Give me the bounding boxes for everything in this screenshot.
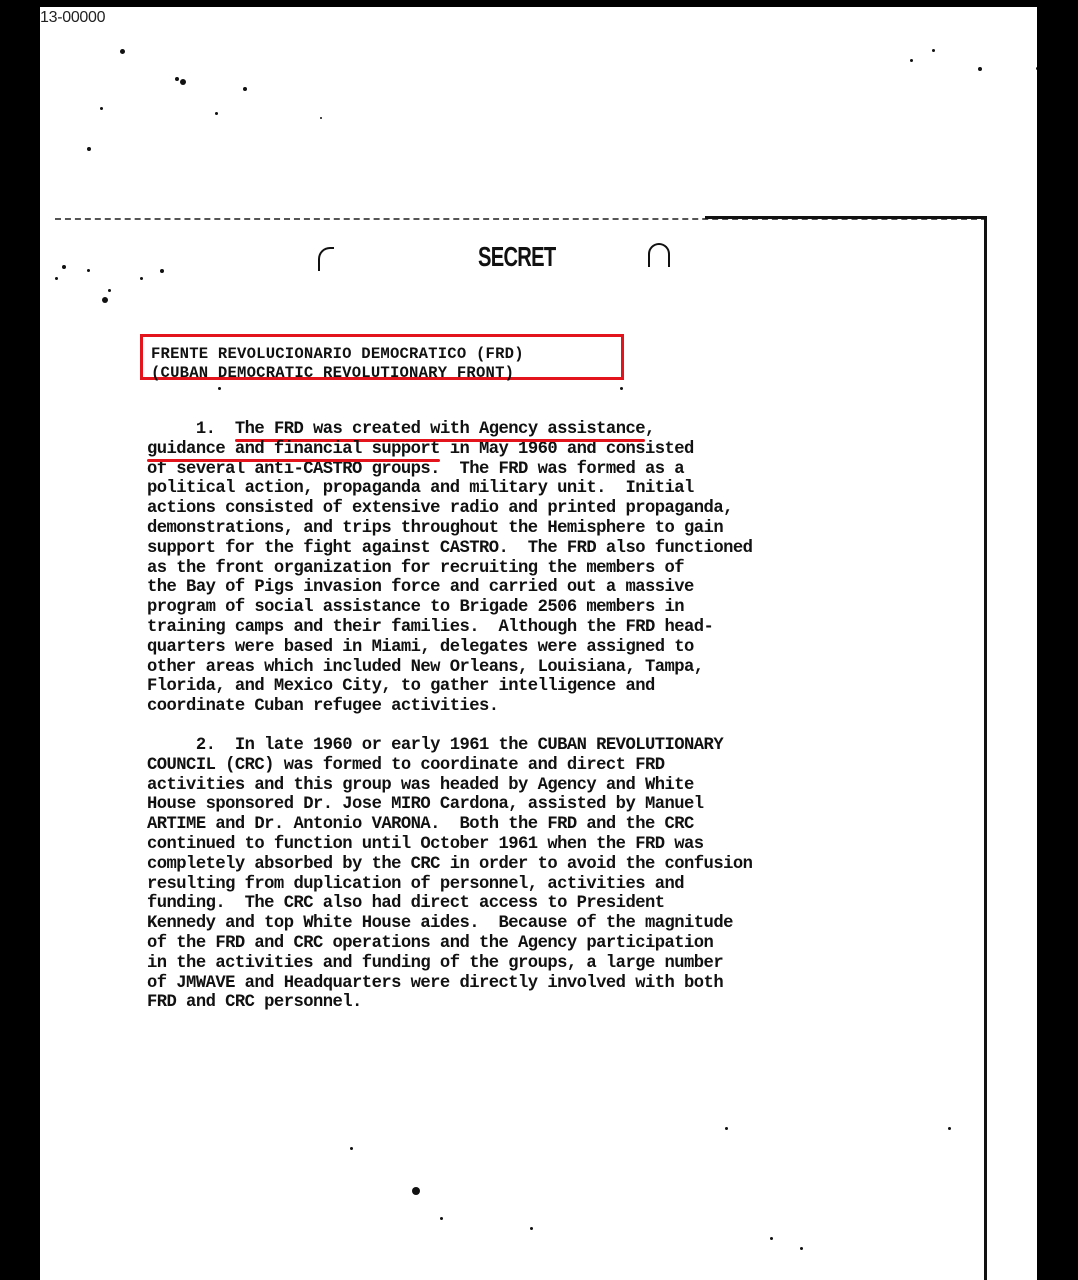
punch-hole-left-icon xyxy=(318,247,334,271)
document-id-label: 13-00000 xyxy=(40,9,105,27)
text-line: guidance and financial support in May 19… xyxy=(147,440,752,460)
text-line: political action, propaganda and militar… xyxy=(147,479,752,499)
text-line: other areas which included New Orleans, … xyxy=(147,658,752,678)
text-line: training camps and their families. Altho… xyxy=(147,618,752,638)
text-line: funding. The CRC also had direct access … xyxy=(147,894,752,914)
text-line: quarters were based in Miami, delegates … xyxy=(147,638,752,658)
title-line-1: FRENTE REVOLUCIONARIO DEMOCRATICO (FRD) xyxy=(151,345,621,364)
text-line: demonstrations, and trips throughout the… xyxy=(147,519,752,539)
text-line: House sponsored Dr. Jose MIRO Cardona, a… xyxy=(147,795,752,815)
title-highlight-box: FRENTE REVOLUCIONARIO DEMOCRATICO (FRD) … xyxy=(140,334,624,380)
text-line: as the front organization for recruiting… xyxy=(147,559,752,579)
punch-hole-right-icon xyxy=(648,243,670,267)
text-line: continued to function until October 1961… xyxy=(147,835,752,855)
text-line: coordinate Cuban refugee activities. xyxy=(147,697,752,717)
paragraph-1: 1. The FRD was created with Agency assis… xyxy=(147,420,752,717)
underlined-phrase: The FRD was created with Agency assistan… xyxy=(235,420,645,439)
text-line: ARTIME and Dr. Antonio VARONA. Both the … xyxy=(147,815,752,835)
text-line: COUNCIL (CRC) was formed to coordinate a… xyxy=(147,756,752,776)
text-line: support for the fight against CASTRO. Th… xyxy=(147,539,752,559)
document-page: 13-00000 SECRET FRENTE REVOLUCIONARIO DE… xyxy=(40,7,1037,1280)
right-border-rule xyxy=(984,217,987,1280)
horizontal-rule-heavy xyxy=(705,216,987,219)
underlined-phrase: guidance and financial support xyxy=(147,440,440,459)
text-line: resulting from duplication of personnel,… xyxy=(147,875,752,895)
text-line: FRD and CRC personnel. xyxy=(147,993,752,1013)
text-line: program of social assistance to Brigade … xyxy=(147,598,752,618)
text-line: of JMWAVE and Headquarters were directly… xyxy=(147,974,752,994)
text-line: of several anti-CASTRO groups. The FRD w… xyxy=(147,460,752,480)
text-line: actions consisted of extensive radio and… xyxy=(147,499,752,519)
text-line: activities and this group was headed by … xyxy=(147,776,752,796)
text-line: Florida, and Mexico City, to gather inte… xyxy=(147,677,752,697)
text-line: in the activities and funding of the gro… xyxy=(147,954,752,974)
text-line: of the FRD and CRC operations and the Ag… xyxy=(147,934,752,954)
text-line: completely absorbed by the CRC in order … xyxy=(147,855,752,875)
classification-stamp: SECRET xyxy=(478,241,555,273)
title-line-2: (CUBAN DEMOCRATIC REVOLUTIONARY FRONT) xyxy=(151,364,621,383)
text-line: 2. In late 1960 or early 1961 the CUBAN … xyxy=(147,736,752,756)
text-line: Kennedy and top White House aides. Becau… xyxy=(147,914,752,934)
text-line: 1. The FRD was created with Agency assis… xyxy=(147,420,752,440)
paragraph-2: 2. In late 1960 or early 1961 the CUBAN … xyxy=(147,736,752,1013)
text-line: the Bay of Pigs invasion force and carri… xyxy=(147,578,752,598)
